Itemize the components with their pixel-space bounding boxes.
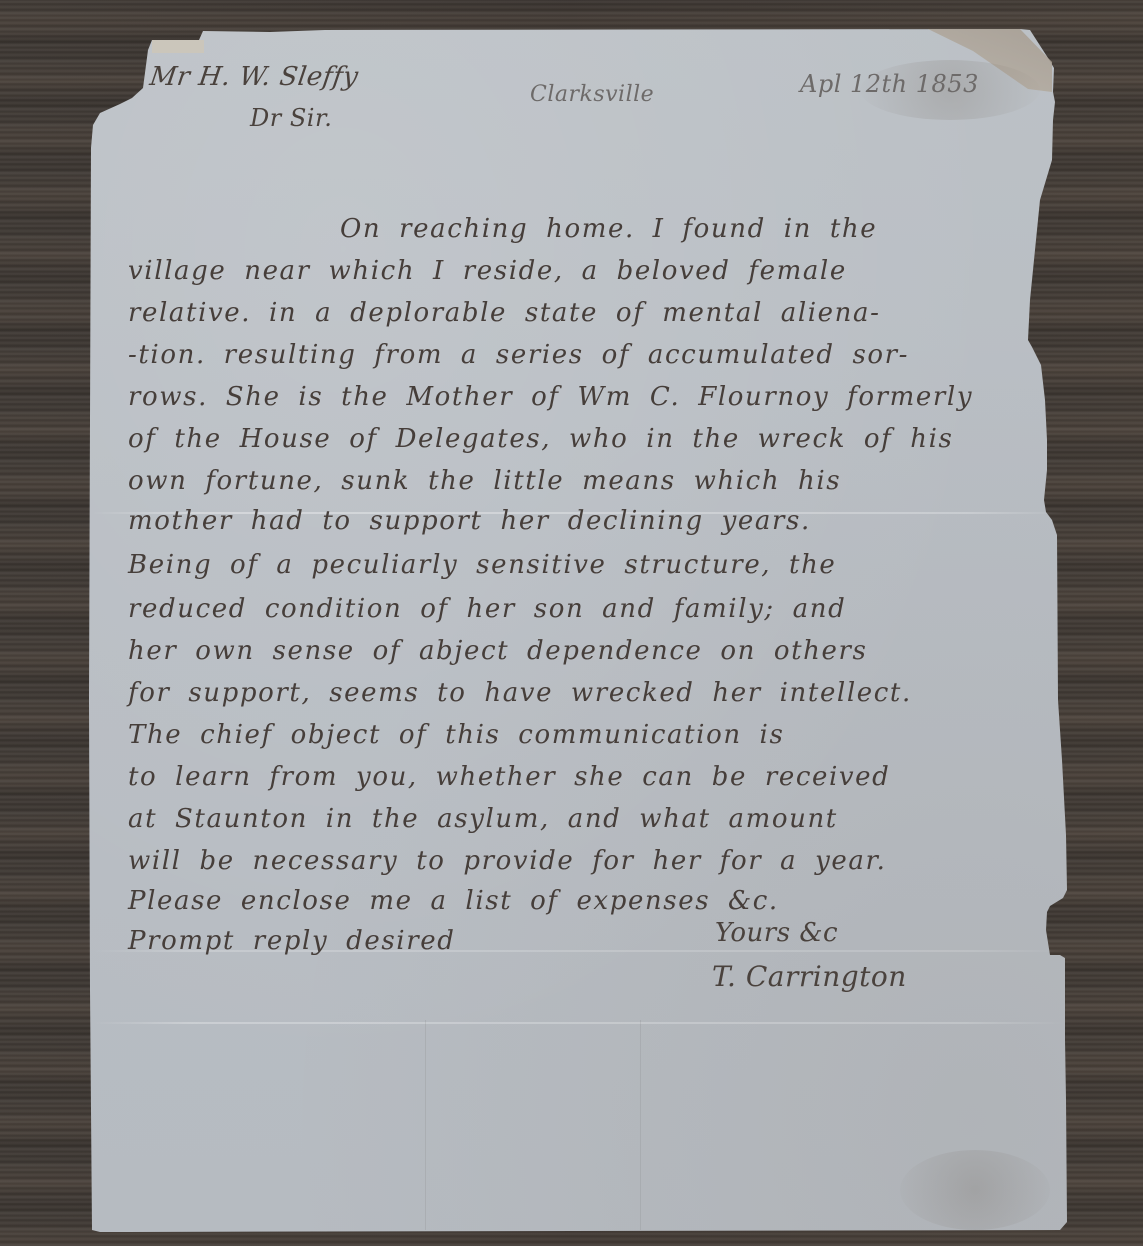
salutation: Dr Sir. — [250, 104, 332, 132]
closing: Yours &c — [715, 918, 838, 948]
fold-crease-vertical — [425, 1020, 426, 1230]
body-line: rows. She is the Mother of Wm C. Flourno… — [128, 382, 1028, 412]
body-line: Prompt reply desired — [128, 926, 1028, 956]
body-line: Please enclose me a list of expenses &c. — [128, 886, 1028, 916]
date: Apl 12th 1853 — [800, 70, 979, 98]
body-line: reduced condition of her son and family;… — [128, 594, 1028, 624]
body-line: mother had to support her declining year… — [128, 506, 1028, 536]
fold-crease-vertical — [640, 1020, 641, 1230]
body-line: for support, seems to have wrecked her i… — [128, 678, 1028, 708]
body-line: -tion. resulting from a series of accumu… — [128, 340, 1028, 370]
body-line: her own sense of abject dependence on ot… — [128, 636, 1028, 666]
body-line: village near which I reside, a beloved f… — [128, 256, 1028, 286]
body-line: On reaching home. I found in the — [340, 214, 1143, 244]
body-line: relative. in a deplorable state of menta… — [128, 298, 1028, 328]
body-line: The chief object of this communication i… — [128, 720, 1028, 750]
body-line: will be necessary to provide for her for… — [128, 846, 1028, 876]
body-line: own fortune, sunk the little means which… — [128, 466, 1028, 496]
paper-tab — [152, 40, 204, 53]
signature: T. Carrington — [712, 960, 907, 993]
addressee: Mr H. W. Sleffy — [148, 62, 360, 92]
body-line: to learn from you, whether she can be re… — [128, 762, 1028, 792]
body-line: Being of a peculiarly sensitive structur… — [128, 550, 1028, 580]
body-line: of the House of Delegates, who in the wr… — [128, 424, 1028, 454]
paper-stain — [900, 1150, 1050, 1230]
place: Clarksville — [530, 82, 654, 107]
fold-crease — [92, 1022, 1064, 1024]
body-line: at Staunton in the asylum, and what amou… — [128, 804, 1028, 834]
